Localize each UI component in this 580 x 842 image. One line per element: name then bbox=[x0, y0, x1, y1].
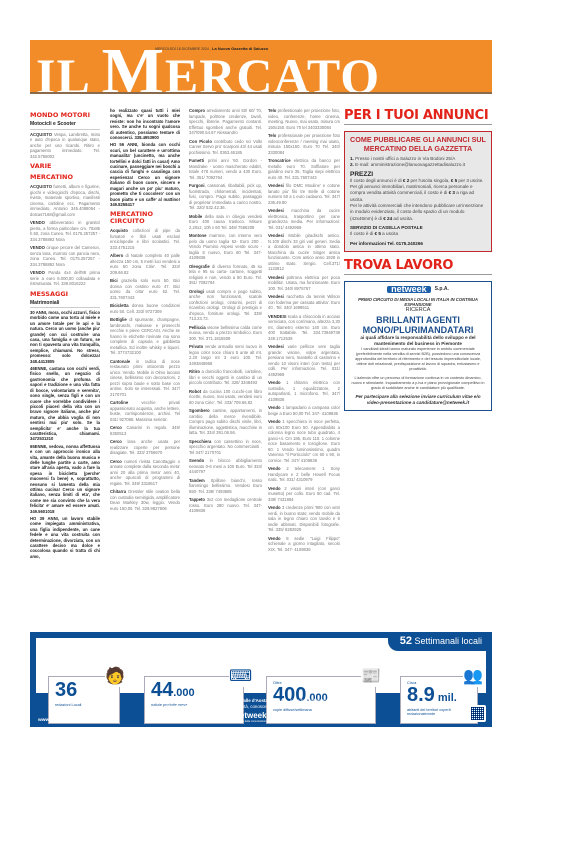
classified-ad: Bottiglie di spumante, champagne, lambru… bbox=[110, 317, 180, 356]
heading-per-i-tuoi-annunci: PER I TUOI ANNUNCI bbox=[344, 108, 492, 125]
banner-stats-panel: 52 Settimanali locali 🧑 36 redazioni Loc… bbox=[36, 638, 486, 693]
classified-ad: Vendesi racchetta da tennis Wilson con f… bbox=[268, 294, 340, 311]
classified-ad: Sgombero cantine, appartamenti, in cambi… bbox=[189, 408, 262, 436]
classified-ad: Oleografie di diverso formato, 45 su tel… bbox=[189, 264, 262, 286]
classified-ad: Furgoni, cassonati, ribaltabili, pick up… bbox=[189, 183, 262, 211]
publishing-method-2: 2. E-mail: amministrazione@lanuovagazzet… bbox=[350, 162, 486, 168]
personal-message: HO 39 ANNI, un lavoro stabile come impie… bbox=[30, 516, 100, 559]
typewriter-icon: ⌨ bbox=[229, 667, 249, 687]
info-phone: Per informazioni Tel. 0175.240266 bbox=[350, 241, 486, 247]
classified-ad: Pelliccia visone bellissima calda come n… bbox=[189, 325, 262, 342]
netweek-logo-bottom: netweekLa forza della comunicazione gloc… bbox=[235, 712, 275, 723]
classified-ad: Telo professionale per proiezione foto, … bbox=[268, 108, 340, 130]
classified-ad: Privato vende armadio semi nuovo in legn… bbox=[189, 344, 262, 366]
personal-message: 65ENNE, vedova, nonna affettuosa e con u… bbox=[30, 444, 100, 514]
column-4: Telo professionale per proiezione foto, … bbox=[268, 108, 340, 555]
price-special: Per gli annunci immobiliari, matrimonial… bbox=[350, 184, 486, 203]
section-mercatino-circuito: MERCATINO CIRCUITO bbox=[110, 211, 180, 225]
classified-ad: Vendo 1 lampadario a campana color beige… bbox=[268, 405, 340, 416]
personal-message: 30 ANNI, mora, occhi azzurri, fisico mor… bbox=[30, 310, 100, 364]
classified-ad: ACQUISTO Vespa, Lambretta, moto e auto d… bbox=[30, 132, 100, 160]
casella-price: Il costo è di € 5 a uscita bbox=[350, 231, 486, 237]
people-group-icon: 👥 bbox=[463, 667, 483, 687]
subsection-matrimoniali: Matrimoniali bbox=[30, 301, 100, 309]
classified-ad: Cerco lana anche usata per realizzare co… bbox=[110, 439, 180, 456]
classified-ad: ACQUISTO fumetti, album e figurine, gioc… bbox=[30, 184, 100, 217]
classified-ad: Ritiro a domicilio francobolli, cartolin… bbox=[189, 369, 262, 386]
personal-message: HO 56 ANNI, bionda con occhi scuri, un b… bbox=[110, 142, 180, 207]
column-3: Compro arredamento anni 50/ 60/ 70, lamp… bbox=[189, 108, 262, 517]
classified-ad: Acquisto collezioni di pipe da fumatori … bbox=[110, 228, 180, 250]
classified-ad: Tappeto 3x2 con medaglione centrale ross… bbox=[189, 497, 262, 514]
dateline: MERCOLEDÌ 18 DICEMBRE 2024 - La Nuova Ga… bbox=[155, 46, 268, 51]
job-ricerca: RICERCA bbox=[351, 308, 485, 313]
netweek-banner: 52 Settimanali locali 🧑 36 redazioni Loc… bbox=[30, 632, 492, 727]
section-mercatino: MERCATINO bbox=[30, 174, 100, 181]
column-2: ho realizzato quasi tutti i miei sogni, … bbox=[110, 108, 180, 514]
classified-ad: Vendesi macchina da cucire elettronica, … bbox=[268, 208, 340, 230]
classified-ad: Mobile della sala in ciliegio vendesi Eu… bbox=[189, 214, 262, 231]
classified-ad: Cerco Canarini in regalo. 349/ 6350513 bbox=[110, 425, 180, 436]
classified-ad: Tandem Spillone bianchi, rosso fiammingo… bbox=[189, 478, 262, 495]
classified-ad: Vendo 2 visoni interi (con ganci musetto… bbox=[268, 486, 340, 503]
classified-ad: Chitarra Dressler stile ovation bella co… bbox=[110, 489, 180, 511]
classified-ad: Cerco numeri rivista Canottaggio o annat… bbox=[110, 459, 180, 487]
job-title: BRILLANTI AGENTI MONO/PLURIMANDATARI bbox=[351, 315, 485, 335]
classified-ad: Vendo 1 chitarra elettrica con custodia,… bbox=[268, 380, 340, 402]
classified-ad: Vendo 1 specchiera in noce perfetta, cm … bbox=[268, 419, 340, 463]
classified-ad: Vendo 3 credenze primi '900 con vetri ve… bbox=[268, 505, 340, 533]
personal-message: 46ENNE, castana con occhi verdi, fisico … bbox=[30, 366, 100, 442]
personal-message: ho realizzato quasi tutti i miei sogni, … bbox=[110, 108, 180, 140]
classified-ad: Telo professionale per proiezione foto v… bbox=[268, 133, 340, 155]
job-offer: L'azienda offre un percorso di formazion… bbox=[351, 376, 485, 392]
company-suffix: S.p.A. bbox=[435, 286, 449, 292]
classified-ad: Albero di Natale completo 40 palle altez… bbox=[110, 253, 180, 275]
job-responsibility: ai quali affidare la responsabilità dell… bbox=[351, 335, 485, 347]
section-messaggi: MESSAGGI bbox=[30, 291, 100, 298]
classified-ad: Vendesi Mobile giradischi antico. N.100 … bbox=[268, 233, 340, 272]
classified-ad: Compro arredamento anni 50/ 60/ 70, lamp… bbox=[189, 108, 262, 136]
job-requirements: I candidati ideali hanno maturato esperi… bbox=[351, 347, 485, 373]
job-tagline: PRIMO CIRCUITO DI MEDIA LOCALI IN ITALIA… bbox=[351, 297, 485, 307]
newspaper-reader-icon: 📰 bbox=[361, 667, 381, 687]
section-mondo-motori: MONDO MOTORI bbox=[30, 112, 100, 119]
classified-ad: Vendo 8 sedie "Luigi Filippo" schienale … bbox=[268, 536, 340, 553]
classified-ad: Robot da cucina 100 cucchi-con libro ric… bbox=[189, 389, 262, 406]
classified-ad: Vendo 2 telecamere: 1 Sony Handycam e 2 … bbox=[268, 466, 340, 483]
classified-ad: Fumetti primi anni '60. Gordon - Mandrak… bbox=[189, 158, 262, 180]
classified-ad: Cantonale in radica di noce restaurato p… bbox=[110, 359, 180, 398]
classified-ad: Montone marrone, con interno vero pelo d… bbox=[189, 233, 262, 261]
qr-code-icon[interactable] bbox=[469, 705, 486, 722]
publishing-title: COME PUBBLICARE GLI ANNUNCI SUL MERCATIN… bbox=[350, 136, 486, 153]
website-link[interactable]: www.netweek.it bbox=[38, 718, 74, 723]
classified-ad: Svendo in blocco abbigliamento neonato 0… bbox=[189, 458, 262, 475]
classified-ad: Cartoline vecchie privati appassionato a… bbox=[110, 400, 180, 422]
classified-ad: VENDO cinque pecore del Camerun, senza l… bbox=[30, 245, 100, 267]
price-module: Per le attività commerciali che intendon… bbox=[350, 203, 486, 222]
settimanali-tab: 52 Settimanali locali bbox=[388, 632, 492, 651]
masthead: IL MERCATO MERCOLEDÌ 18 DICEMBRE 2024 - … bbox=[30, 40, 492, 94]
section-varie: VARIE bbox=[30, 163, 100, 170]
classified-ad: VENDO abbeveratoio in granito/ pietra, a… bbox=[30, 220, 100, 242]
classified-ad: Bici graziella solo euro 50. Bici donna … bbox=[110, 278, 180, 300]
classified-ad: Vendesi poltrona elettrica per poca mobi… bbox=[268, 275, 340, 292]
publishing-info-box: COME PUBBLICARE GLI ANNUNCI SUL MERCATIN… bbox=[344, 131, 492, 252]
classified-ad: VENDESI scala a chiocciola in acciaio ve… bbox=[268, 314, 340, 342]
classified-ad: Vendesi filo DMC Mouline' e cotone lanat… bbox=[268, 183, 340, 205]
classified-ad: Con Picolo contributo cedo sci Volki Car… bbox=[189, 139, 262, 156]
subsection-moto: Motocicli e Scooter bbox=[30, 122, 100, 130]
job-apply: Per partecipare alla selezione inviare c… bbox=[351, 394, 485, 406]
classified-ad: Specchiera con cassettino in noce, specc… bbox=[189, 439, 262, 456]
classified-ad: VENDO Panda 4x4 dell'88 prima serie a eu… bbox=[30, 270, 100, 287]
column-1: MONDO MOTORI Motocicli e Scooter ACQUIST… bbox=[30, 108, 100, 561]
heading-trova-lavoro: TROVA LAVORO bbox=[344, 258, 492, 275]
netweek-logo: netweek bbox=[387, 286, 431, 293]
classified-ad: Vendesi varie pellicce vere taglia grand… bbox=[268, 344, 340, 377]
job-ad-box: netweekS.p.A. PRIMO CIRCUITO DI MEDIA LO… bbox=[344, 281, 492, 411]
right-column: PER I TUOI ANNUNCI COME PUBBLICARE GLI A… bbox=[344, 108, 492, 411]
classified-ad: Orologi usati compro e pago subito, anch… bbox=[189, 289, 262, 322]
classified-ad: Bicicletta donna buone condizioni euro 5… bbox=[110, 303, 180, 314]
classified-ad: Troncatrice elettrica da banco per metal… bbox=[268, 158, 340, 180]
worker-desk-icon: 🧑 bbox=[105, 667, 125, 687]
banner-description: Netweek, presente in Lombardia, Piemonte… bbox=[30, 698, 492, 710]
